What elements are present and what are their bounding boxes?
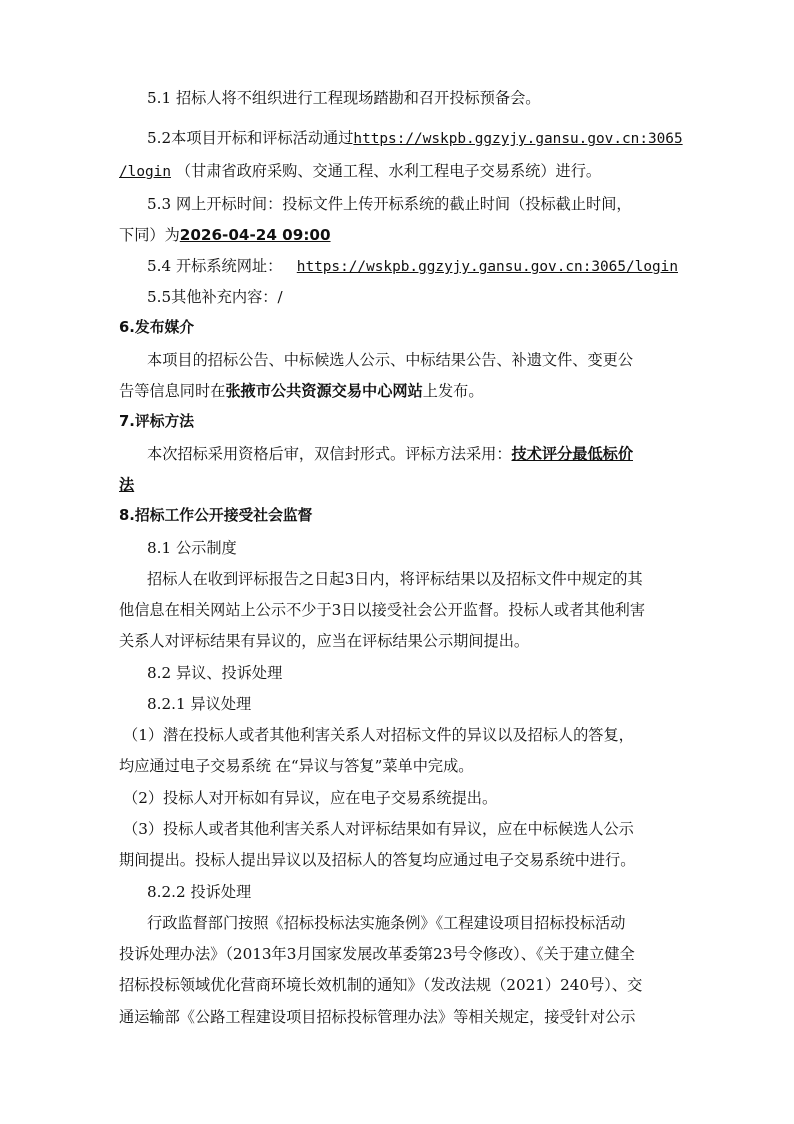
clause-8-2-1: 8.2.1 异议处理: [147, 694, 251, 714]
clause-5-4-label: 5.4 开标系统网址：: [147, 257, 282, 275]
para-7-line1: 本次招标采用资格后审，双信封形式。评标方法采用：技术评分最低标价: [147, 444, 633, 464]
publication-site: 张掖市公共资源交易中心网站: [225, 382, 422, 400]
para-6-post: 上发布。: [423, 382, 484, 400]
para-6-pre: 告等信息同时在: [119, 382, 225, 400]
item-1-line2: 均应通过电子交易系统 在“异议与答复”菜单中完成。: [119, 756, 473, 776]
heading-8: 8.招标工作公开接受社会监督: [119, 506, 312, 526]
system-link[interactable]: https://wskpb.ggzyjy.gansu.gov.cn:3065: [353, 131, 682, 147]
para-8-1-line3: 关系人对评标结果有异议的，应当在评标结果公示期间提出。: [119, 631, 529, 651]
item-3-line1: （3）投标人或者其他利害关系人对评标结果如有异议，应在中标候选人公示: [123, 819, 634, 839]
clause-8-1: 8.1 公示制度: [147, 538, 237, 558]
clause-5-5: 5.5其他补充内容：/: [147, 287, 283, 307]
para-7-line2: 法: [119, 475, 134, 495]
clause-5-3-cont: 下同）为2026-04-24 09:00: [119, 225, 331, 245]
clause-5-2-tail: （甘肃省政府采购、交通工程、水利工程电子交易系统）进行。: [176, 162, 601, 180]
clause-5-3-tail: 下同）为: [119, 226, 180, 244]
para-8-1-line1: 招标人在收到评标报告之日起3日内，将评标结果以及招标文件中规定的其: [147, 569, 643, 589]
para-8-2-2-line4: 通运输部《公路工程建设项目招标投标管理办法》等相关规定，接受针对公示: [119, 1007, 635, 1027]
evaluation-method-cont: 法: [119, 476, 134, 494]
opening-system-link[interactable]: https://wskpb.ggzyjy.gansu.gov.cn:3065/l…: [297, 259, 678, 275]
item-1-line1: （1）潜在投标人或者其他利害关系人对招标文件的异议以及招标人的答复，: [123, 725, 634, 745]
para-6-line2: 告等信息同时在张掖市公共资源交易中心网站上发布。: [119, 381, 484, 401]
para-8-2-2-line2: 投诉处理办法》（2013年3月国家发展改革委第23号令修改）、《关于建立健全: [119, 944, 635, 964]
clause-5-4: 5.4 开标系统网址： https://wskpb.ggzyjy.gansu.g…: [147, 256, 678, 277]
para-6-line1: 本项目的招标公告、中标候选人公示、中标结果公告、补遗文件、变更公: [147, 350, 633, 370]
heading-6: 6.发布媒介: [119, 318, 194, 338]
item-3-line2: 期间提出。投标人提出异议以及招标人的答复均应通过电子交易系统中进行。: [119, 850, 635, 870]
system-link-cont[interactable]: /login: [119, 164, 171, 180]
evaluation-method: 技术评分最低标价: [512, 445, 634, 463]
clause-8-2-2: 8.2.2 投诉处理: [147, 882, 251, 902]
clause-5-1: 5.1 招标人将不组织进行工程现场踏勘和召开投标预备会。: [147, 88, 540, 108]
clause-5-2-cont: /login （甘肃省政府采购、交通工程、水利工程电子交易系统）进行。: [119, 161, 601, 182]
item-2: （2）投标人对开标如有异议，应在电子交易系统提出。: [123, 788, 497, 808]
para-8-1-line2: 他信息在相关网站上公示不少于3日以接受社会公开监督。投标人或者其他利害: [119, 600, 645, 620]
clause-8-2: 8.2 异议、投诉处理: [147, 663, 282, 683]
clause-5-2-text: 5.2本项目开标和评标活动通过: [147, 129, 353, 147]
bid-deadline: 2026-04-24 09:00: [180, 226, 331, 244]
heading-7: 7.评标方法: [119, 412, 194, 432]
clause-5-2: 5.2本项目开标和评标活动通过https://wskpb.ggzyjy.gans…: [147, 128, 683, 149]
para-7-pre: 本次招标采用资格后审，双信封形式。评标方法采用：: [147, 445, 512, 463]
clause-5-3: 5.3 网上开标时间：投标文件上传开标系统的截止时间（投标截止时间，: [147, 194, 632, 214]
para-8-2-2-line3: 招标投标领域优化营商环境长效机制的通知》（发改法规（2021）240号）、交: [119, 975, 642, 995]
para-8-2-2-line1: 行政监督部门按照《招标投标法实施条例》《工程建设项目招标投标活动: [147, 913, 625, 933]
